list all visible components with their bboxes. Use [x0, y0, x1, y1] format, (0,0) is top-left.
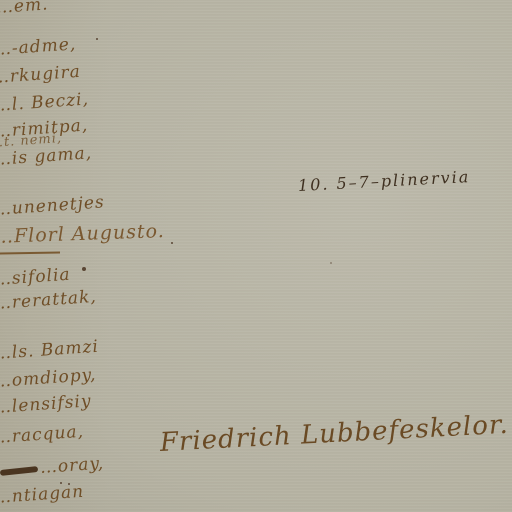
handwritten-line: …sifolia: [0, 265, 71, 290]
underline-stroke: [0, 251, 60, 254]
handwritten-line: …lensifsiy: [0, 391, 92, 418]
handwritten-line: …ls. Bamzi: [0, 337, 100, 364]
ink-speck: [330, 262, 332, 264]
ink-speck: [68, 483, 70, 485]
handwritten-line: …rerattak,: [0, 287, 97, 314]
handwritten-line: …-adme,: [0, 34, 77, 60]
handwritten-line: …rkugira: [0, 62, 81, 88]
handwritten-line: …ntiagan: [0, 482, 85, 508]
ink-speck: [96, 38, 98, 40]
left-text-column: …em. …-adme, …rkugira …l. Beczi, …rimitp…: [0, 0, 110, 512]
ink-speck: [171, 242, 173, 244]
handwritten-line: …Florl Augusto.: [0, 220, 165, 248]
ink-smudge: [0, 466, 38, 476]
handwritten-line: …em.: [0, 0, 49, 18]
handwritten-line: …omdiopy,: [0, 365, 97, 392]
ink-speck: [82, 267, 86, 271]
handwritten-line: …unenetjes: [0, 192, 105, 220]
signature: Friedrich Lubbefeskelor.: [159, 410, 509, 458]
date-annotation: 10. 5–7–plinervia: [298, 167, 471, 195]
ink-speck: [60, 482, 62, 484]
handwritten-line: …oray,: [39, 454, 104, 478]
handwritten-line: …l. Beczi,: [0, 89, 90, 116]
handwritten-line: …racqua,: [0, 422, 85, 448]
